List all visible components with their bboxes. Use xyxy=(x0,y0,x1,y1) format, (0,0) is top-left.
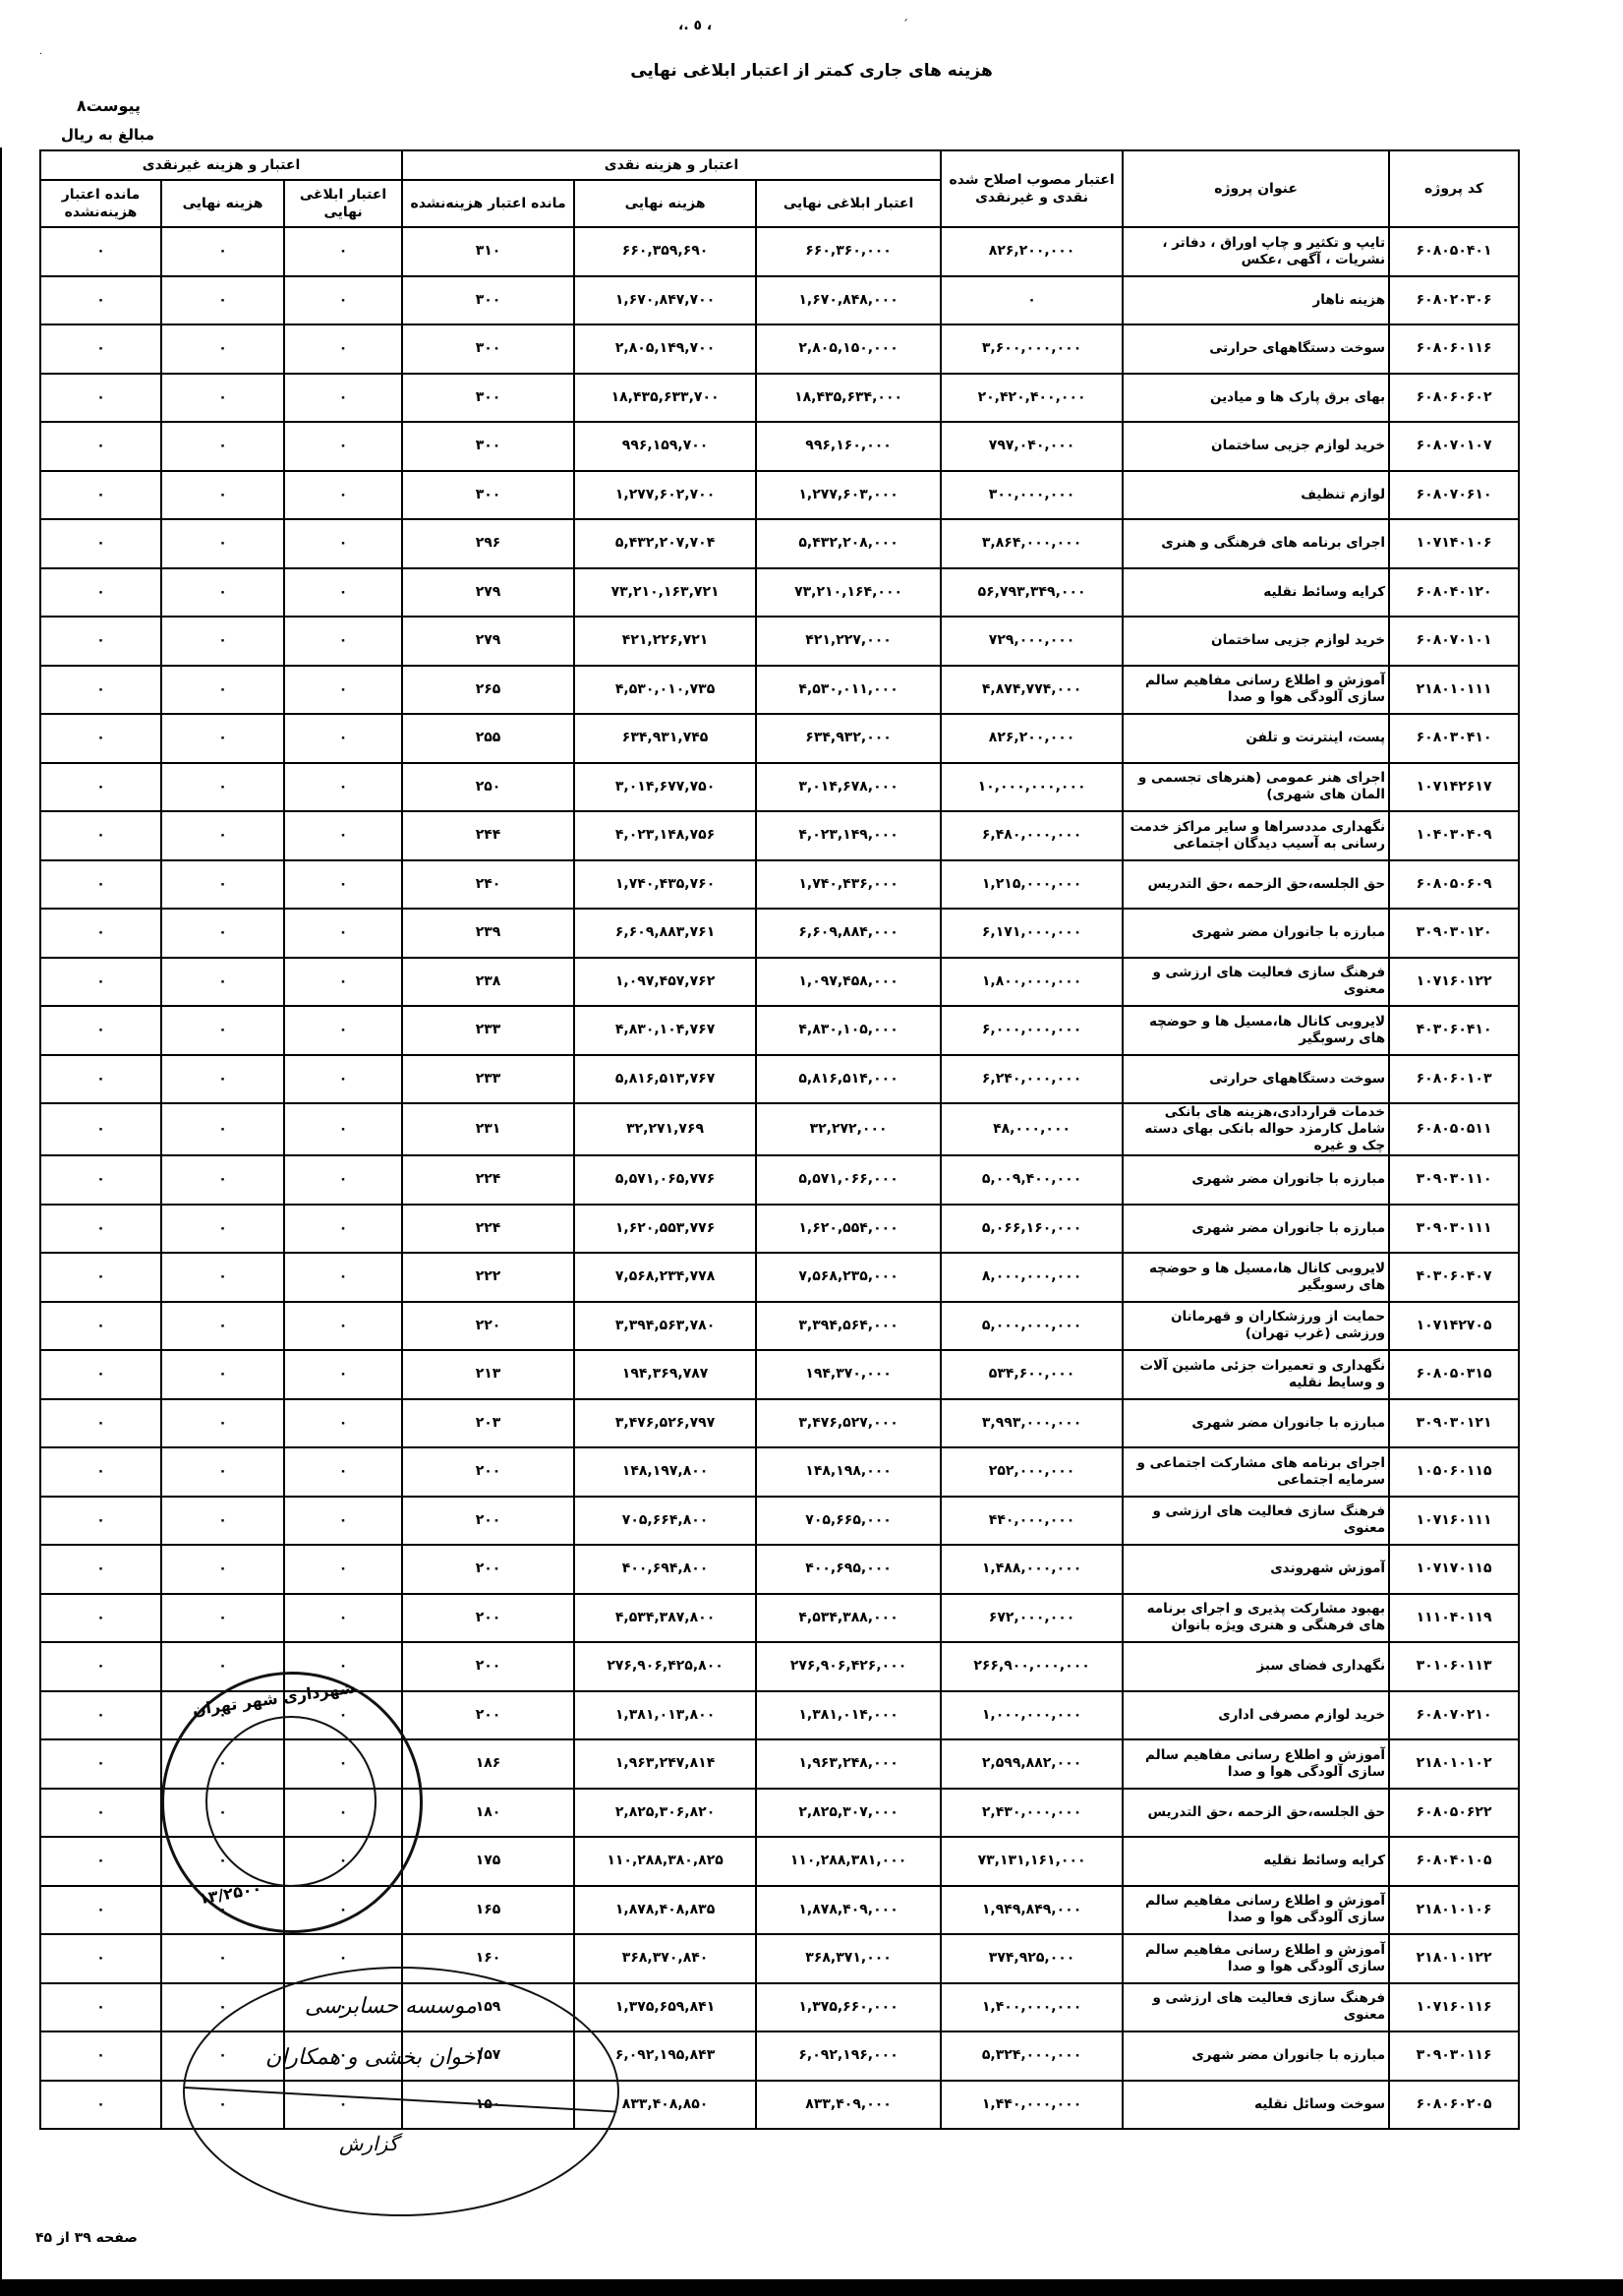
noncash-remaining-cell: ۰ xyxy=(40,1155,161,1205)
cash-final-credit-cell: ۶,۶۰۹,۸۸۴,۰۰۰ xyxy=(756,909,941,958)
project-code-cell: ۶۰۸۰۵۰۶۲۲ xyxy=(1389,1789,1519,1838)
cash-final-credit-cell: ۱,۹۶۳,۲۴۸,۰۰۰ xyxy=(756,1739,941,1789)
header-cash-group: اعتبار و هزینه نقدی xyxy=(402,150,941,180)
table-row: ۱۰۴۰۳۰۴۰۹نگهداری مددسراها و سایر مراکز خ… xyxy=(40,811,1519,860)
noncash-remaining-cell: ۰ xyxy=(40,1789,161,1838)
cash-final-credit-cell: ۲,۸۲۵,۳۰۷,۰۰۰ xyxy=(756,1789,941,1838)
cash-remaining-cell: ۲۳۳ xyxy=(402,1055,574,1104)
noncash-final-credit-cell: ۰ xyxy=(284,1302,402,1351)
project-code-cell: ۱۱۱۰۴۰۱۱۹ xyxy=(1389,1594,1519,1643)
noncash-remaining-cell: ۰ xyxy=(40,860,161,910)
cash-final-cost-cell: ۱,۶۲۰,۵۵۳,۷۷۶ xyxy=(574,1205,756,1254)
noncash-remaining-cell: ۰ xyxy=(40,1447,161,1497)
table-row: ۶۰۸۰۴۰۱۲۰کرایه وسائط نقلیه۵۶,۷۹۳,۳۴۹,۰۰۰… xyxy=(40,568,1519,618)
cash-final-credit-cell: ۶۶۰,۳۶۰,۰۰۰ xyxy=(756,227,941,276)
noncash-final-cost-cell: ۰ xyxy=(161,519,284,568)
project-title-cell: نگهداری فضای سبز xyxy=(1123,1642,1389,1691)
noncash-remaining-cell: ۰ xyxy=(40,324,161,374)
approved-credit-cell: ۳,۸۶۴,۰۰۰,۰۰۰ xyxy=(941,519,1123,568)
noncash-remaining-cell: ۰ xyxy=(40,1934,161,1983)
project-title-cell: آموزش و اطلاع رسانی مفاهیم سالم سازی آلو… xyxy=(1123,1739,1389,1789)
noncash-final-cost-cell: ۰ xyxy=(161,958,284,1007)
project-title-cell: اجرای برنامه های فرهنگی و هنری xyxy=(1123,519,1389,568)
cash-remaining-cell: ۲۴۰ xyxy=(402,860,574,910)
approved-credit-cell: ۱۰,۰۰۰,۰۰۰,۰۰۰ xyxy=(941,763,1123,812)
cash-final-cost-cell: ۶۳۴,۹۳۱,۷۴۵ xyxy=(574,714,756,763)
cash-remaining-cell: ۳۱۰ xyxy=(402,227,574,276)
project-code-cell: ۶۰۸۰۵۰۵۱۱ xyxy=(1389,1103,1519,1155)
approved-credit-cell: ۷۳,۱۳۱,۱۶۱,۰۰۰ xyxy=(941,1837,1123,1886)
cash-final-credit-cell: ۵,۵۷۱,۰۶۶,۰۰۰ xyxy=(756,1155,941,1205)
header-cash-final-credit: اعتبار ابلاغی نهایی xyxy=(756,180,941,227)
project-code-cell: ۱۰۷۱۶۰۱۱۶ xyxy=(1389,1983,1519,2032)
cash-remaining-cell: ۲۳۳ xyxy=(402,1006,574,1055)
noncash-final-cost-cell: ۰ xyxy=(161,276,284,325)
project-code-cell: ۳۰۱۰۶۰۱۱۳ xyxy=(1389,1642,1519,1691)
noncash-final-cost-cell: ۰ xyxy=(161,374,284,423)
project-code-cell: ۶۰۸۰۷۰۶۱۰ xyxy=(1389,471,1519,520)
table-row: ۱۱۱۰۴۰۱۱۹بهبود مشارکت پذیری و اجرای برنا… xyxy=(40,1594,1519,1643)
project-code-cell: ۱۰۷۱۴۲۶۱۷ xyxy=(1389,763,1519,812)
cash-final-credit-cell: ۱,۷۴۰,۴۳۶,۰۰۰ xyxy=(756,860,941,910)
signature-text-line1: موسسه حسابرسی xyxy=(305,1994,477,2019)
noncash-remaining-cell: ۰ xyxy=(40,227,161,276)
cash-remaining-cell: ۲۰۰ xyxy=(402,1545,574,1594)
noncash-final-credit-cell: ۰ xyxy=(284,1497,402,1546)
noncash-final-cost-cell: ۰ xyxy=(161,763,284,812)
cash-final-cost-cell: ۷,۵۶۸,۲۳۴,۷۷۸ xyxy=(574,1253,756,1302)
cash-final-cost-cell: ۴,۵۳۴,۳۸۷,۸۰۰ xyxy=(574,1594,756,1643)
noncash-final-cost-cell: ۰ xyxy=(161,422,284,471)
project-title-cell: فرهنگ سازی فعالیت های ارزشی و معنوی xyxy=(1123,958,1389,1007)
cash-remaining-cell: ۳۰۰ xyxy=(402,276,574,325)
cash-final-credit-cell: ۱۱۰,۲۸۸,۳۸۱,۰۰۰ xyxy=(756,1837,941,1886)
noncash-final-credit-cell: ۰ xyxy=(284,1155,402,1205)
project-title-cell: آموزش و اطلاع رسانی مفاهیم سالم سازی آلو… xyxy=(1123,666,1389,715)
approved-credit-cell: ۸,۰۰۰,۰۰۰,۰۰۰ xyxy=(941,1253,1123,1302)
cash-final-cost-cell: ۲,۸۲۵,۳۰۶,۸۲۰ xyxy=(574,1789,756,1838)
approved-credit-cell: ۱,۲۱۵,۰۰۰,۰۰۰ xyxy=(941,860,1123,910)
noncash-remaining-cell: ۰ xyxy=(40,763,161,812)
cash-final-cost-cell: ۳۲,۲۷۱,۷۶۹ xyxy=(574,1103,756,1155)
cash-final-cost-cell: ۴,۰۲۳,۱۴۸,۷۵۶ xyxy=(574,811,756,860)
noncash-remaining-cell: ۰ xyxy=(40,1103,161,1155)
noncash-remaining-cell: ۰ xyxy=(40,471,161,520)
cash-remaining-cell: ۲۱۳ xyxy=(402,1350,574,1399)
cash-remaining-cell: ۲۲۲ xyxy=(402,1253,574,1302)
cash-final-credit-cell: ۷۳,۲۱۰,۱۶۴,۰۰۰ xyxy=(756,568,941,618)
noncash-final-cost-cell: ۰ xyxy=(161,1399,284,1448)
header-noncash-final-credit: اعتبار ابلاغی نهایی xyxy=(284,180,402,227)
table-row: ۲۱۸۰۱۰۱۱۱آموزش و اطلاع رسانی مفاهیم سالم… xyxy=(40,666,1519,715)
cash-final-cost-cell: ۷۳,۲۱۰,۱۶۳,۷۲۱ xyxy=(574,568,756,618)
approved-credit-cell: ۱,۸۰۰,۰۰۰,۰۰۰ xyxy=(941,958,1123,1007)
noncash-final-cost-cell: ۰ xyxy=(161,714,284,763)
header-approved-credit: اعتبار مصوب اصلاح شده نقدی و غیرنقدی xyxy=(941,150,1123,227)
noncash-final-cost-cell: ۰ xyxy=(161,1055,284,1104)
noncash-remaining-cell: ۰ xyxy=(40,1302,161,1351)
cash-final-credit-cell: ۱۹۴,۳۷۰,۰۰۰ xyxy=(756,1350,941,1399)
noncash-remaining-cell: ۰ xyxy=(40,422,161,471)
cash-final-credit-cell: ۵,۴۳۲,۲۰۸,۰۰۰ xyxy=(756,519,941,568)
table-row: ۶۰۸۰۵۰۳۱۵نگهداری و تعمیرات جزئی ماشین آل… xyxy=(40,1350,1519,1399)
project-code-cell: ۱۰۷۱۷۰۱۱۵ xyxy=(1389,1545,1519,1594)
cash-remaining-cell: ۲۵۵ xyxy=(402,714,574,763)
project-code-cell: ۱۰۷۱۴۲۷۰۵ xyxy=(1389,1302,1519,1351)
approved-credit-cell: ۷۹۷,۰۴۰,۰۰۰ xyxy=(941,422,1123,471)
noncash-final-cost-cell: ۰ xyxy=(161,1497,284,1546)
table-row: ۳۰۹۰۳۰۱۱۰مبارزه با جانوران مضر شهری۵,۰۰۹… xyxy=(40,1155,1519,1205)
noncash-final-credit-cell: ۰ xyxy=(284,324,402,374)
cash-final-cost-cell: ۴۲۱,۲۲۶,۷۲۱ xyxy=(574,617,756,666)
noncash-final-credit-cell: ۰ xyxy=(284,276,402,325)
table-row: ۶۰۸۰۷۰۱۰۷خرید لوازم جزیی ساختمان۷۹۷,۰۴۰,… xyxy=(40,422,1519,471)
project-code-cell: ۶۰۸۰۴۰۱۰۵ xyxy=(1389,1837,1519,1886)
cash-final-credit-cell: ۱,۸۷۸,۴۰۹,۰۰۰ xyxy=(756,1886,941,1935)
cash-remaining-cell: ۱۸۰ xyxy=(402,1789,574,1838)
project-title-cell: بهای برق پارک ها و میادین xyxy=(1123,374,1389,423)
noncash-remaining-cell: ۰ xyxy=(40,2031,161,2081)
noncash-final-credit-cell: ۰ xyxy=(284,958,402,1007)
approved-credit-cell: ۶,۰۰۰,۰۰۰,۰۰۰ xyxy=(941,1006,1123,1055)
cash-remaining-cell: ۲۳۱ xyxy=(402,1103,574,1155)
noncash-final-cost-cell: ۰ xyxy=(161,811,284,860)
cash-final-credit-cell: ۱,۳۷۵,۶۶۰,۰۰۰ xyxy=(756,1983,941,2032)
cash-remaining-cell: ۲۲۰ xyxy=(402,1302,574,1351)
approved-credit-cell: ۲,۵۹۹,۸۸۲,۰۰۰ xyxy=(941,1739,1123,1789)
cash-final-credit-cell: ۲,۸۰۵,۱۵۰,۰۰۰ xyxy=(756,324,941,374)
cash-final-credit-cell: ۱,۶۲۰,۵۵۴,۰۰۰ xyxy=(756,1205,941,1254)
noncash-final-credit-cell: ۰ xyxy=(284,374,402,423)
cash-remaining-cell: ۲۶۵ xyxy=(402,666,574,715)
project-title-cell: خدمات قراردادی،هزینه های بانکی شامل کارم… xyxy=(1123,1103,1389,1155)
margin-dot: · xyxy=(39,49,42,60)
table-row: ۶۰۸۰۵۰۵۱۱خدمات قراردادی،هزینه های بانکی … xyxy=(40,1103,1519,1155)
project-title-cell: حق الجلسه،حق الزحمه ،حق التدریس xyxy=(1123,1789,1389,1838)
project-code-cell: ۱۰۷۱۶۰۱۱۱ xyxy=(1389,1497,1519,1546)
cash-remaining-cell: ۲۲۴ xyxy=(402,1205,574,1254)
project-title-cell: سوخت وسائل نقلیه xyxy=(1123,2081,1389,2130)
cash-remaining-cell: ۲۰۰ xyxy=(402,1642,574,1691)
cash-final-credit-cell: ۳,۳۹۴,۵۶۴,۰۰۰ xyxy=(756,1302,941,1351)
noncash-remaining-cell: ۰ xyxy=(40,1055,161,1104)
cash-final-credit-cell: ۴,۵۳۰,۰۱۱,۰۰۰ xyxy=(756,666,941,715)
scan-left-edge xyxy=(0,147,2,2281)
noncash-final-cost-cell: ۰ xyxy=(161,1006,284,1055)
project-code-cell: ۶۰۸۰۷۰۲۱۰ xyxy=(1389,1691,1519,1740)
noncash-final-cost-cell: ۰ xyxy=(161,1594,284,1643)
approved-credit-cell: ۳,۹۹۳,۰۰۰,۰۰۰ xyxy=(941,1399,1123,1448)
noncash-final-credit-cell: ۰ xyxy=(284,1253,402,1302)
noncash-final-credit-cell: ۰ xyxy=(284,617,402,666)
noncash-final-credit-cell: ۰ xyxy=(284,471,402,520)
header-cash-remaining: مانده اعتبار هزینه‌نشده xyxy=(402,180,574,227)
header-project-code: کد پروژه xyxy=(1389,150,1519,227)
cash-remaining-cell: ۲۳۹ xyxy=(402,909,574,958)
noncash-remaining-cell: ۰ xyxy=(40,1642,161,1691)
project-code-cell: ۱۰۵۰۶۰۱۱۵ xyxy=(1389,1447,1519,1497)
cash-remaining-cell: ۳۰۰ xyxy=(402,324,574,374)
approved-credit-cell: ۶۷۲,۰۰۰,۰۰۰ xyxy=(941,1594,1123,1643)
project-title-cell: آموزش شهروندی xyxy=(1123,1545,1389,1594)
page-top-mark: ،. ٥ ، xyxy=(678,18,712,33)
cash-final-credit-cell: ۱۴۸,۱۹۸,۰۰۰ xyxy=(756,1447,941,1497)
project-code-cell: ۱۰۷۱۴۰۱۰۶ xyxy=(1389,519,1519,568)
noncash-final-credit-cell: ۰ xyxy=(284,1103,402,1155)
noncash-final-cost-cell: ۰ xyxy=(161,860,284,910)
approved-credit-cell: ۱,۰۰۰,۰۰۰,۰۰۰ xyxy=(941,1691,1123,1740)
noncash-remaining-cell: ۰ xyxy=(40,1691,161,1740)
approved-credit-cell: ۶,۴۸۰,۰۰۰,۰۰۰ xyxy=(941,811,1123,860)
noncash-final-cost-cell: ۰ xyxy=(161,568,284,618)
noncash-final-cost-cell: ۰ xyxy=(161,1545,284,1594)
project-code-cell: ۲۱۸۰۱۰۱۰۶ xyxy=(1389,1886,1519,1935)
cash-remaining-cell: ۲۲۴ xyxy=(402,1155,574,1205)
cash-final-cost-cell: ۱۹۴,۳۶۹,۷۸۷ xyxy=(574,1350,756,1399)
noncash-remaining-cell: ۰ xyxy=(40,1886,161,1935)
project-code-cell: ۳۰۹۰۳۰۱۲۰ xyxy=(1389,909,1519,958)
noncash-remaining-cell: ۰ xyxy=(40,666,161,715)
noncash-remaining-cell: ۰ xyxy=(40,519,161,568)
noncash-remaining-cell: ۰ xyxy=(40,1545,161,1594)
noncash-remaining-cell: ۰ xyxy=(40,374,161,423)
noncash-final-credit-cell: ۰ xyxy=(284,568,402,618)
approved-credit-cell: ۸۲۶,۲۰۰,۰۰۰ xyxy=(941,714,1123,763)
approved-credit-cell: ۷۲۹,۰۰۰,۰۰۰ xyxy=(941,617,1123,666)
cash-final-cost-cell: ۱,۹۶۳,۲۴۷,۸۱۴ xyxy=(574,1739,756,1789)
project-code-cell: ۶۰۸۰۶۰۶۰۲ xyxy=(1389,374,1519,423)
approved-credit-cell: ۶,۲۴۰,۰۰۰,۰۰۰ xyxy=(941,1055,1123,1104)
approved-credit-cell: ۳,۶۰۰,۰۰۰,۰۰۰ xyxy=(941,324,1123,374)
project-title-cell: فرهنگ سازی فعالیت های ارزشی و معنوی xyxy=(1123,1983,1389,2032)
table-row: ۲۱۸۰۱۰۱۲۲آموزش و اطلاع رسانی مفاهیم سالم… xyxy=(40,1934,1519,1983)
cash-remaining-cell: ۲۰۳ xyxy=(402,1399,574,1448)
cash-remaining-cell: ۱۸۶ xyxy=(402,1739,574,1789)
project-title-cell: خرید لوازم مصرفی اداری xyxy=(1123,1691,1389,1740)
cash-final-cost-cell: ۱,۲۷۷,۶۰۲,۷۰۰ xyxy=(574,471,756,520)
approved-credit-cell: ۴۸,۰۰۰,۰۰۰ xyxy=(941,1103,1123,1155)
project-code-cell: ۶۰۸۰۳۰۴۱۰ xyxy=(1389,714,1519,763)
project-title-cell: تایپ و تکثیر و چاپ اوراق ، دفاتر ، نشریا… xyxy=(1123,227,1389,276)
annex-label: پیوست۸ xyxy=(77,96,141,115)
project-code-cell: ۳۰۹۰۳۰۱۱۶ xyxy=(1389,2031,1519,2081)
signature-text-line3: گزارش xyxy=(339,2132,398,2155)
noncash-final-cost-cell: ۰ xyxy=(161,1934,284,1983)
cash-final-cost-cell: ۳۶۸,۳۷۰,۸۴۰ xyxy=(574,1934,756,1983)
project-code-cell: ۱۰۷۱۶۰۱۲۲ xyxy=(1389,958,1519,1007)
noncash-remaining-cell: ۰ xyxy=(40,1594,161,1643)
project-title-cell: کرایه وسائط نقلیه xyxy=(1123,1837,1389,1886)
noncash-remaining-cell: ۰ xyxy=(40,1253,161,1302)
cash-final-credit-cell: ۱,۶۷۰,۸۴۸,۰۰۰ xyxy=(756,276,941,325)
noncash-remaining-cell: ۰ xyxy=(40,1739,161,1789)
project-title-cell: اجرای برنامه های مشارکت اجتماعی و سرمایه… xyxy=(1123,1447,1389,1497)
project-title-cell: آموزش و اطلاع رسانی مفاهیم سالم سازی آلو… xyxy=(1123,1934,1389,1983)
noncash-final-credit-cell: ۰ xyxy=(284,1055,402,1104)
noncash-final-credit-cell: ۰ xyxy=(284,714,402,763)
noncash-final-credit-cell: ۰ xyxy=(284,1594,402,1643)
approved-credit-cell: ۲,۴۳۰,۰۰۰,۰۰۰ xyxy=(941,1789,1123,1838)
noncash-final-credit-cell: ۰ xyxy=(284,1447,402,1497)
cash-final-credit-cell: ۲۷۶,۹۰۶,۴۲۶,۰۰۰ xyxy=(756,1642,941,1691)
cash-remaining-cell: ۲۴۴ xyxy=(402,811,574,860)
noncash-remaining-cell: ۰ xyxy=(40,1983,161,2032)
approved-credit-cell: ۱,۴۰۰,۰۰۰,۰۰۰ xyxy=(941,1983,1123,2032)
noncash-final-credit-cell: ۰ xyxy=(284,1399,402,1448)
table-row: ۳۰۹۰۳۰۱۲۰مبارزه با جانوران مضر شهری۶,۱۷۱… xyxy=(40,909,1519,958)
approved-credit-cell: ۴,۸۷۴,۷۷۴,۰۰۰ xyxy=(941,666,1123,715)
page-top-dot: ˊ xyxy=(902,18,908,31)
cash-final-credit-cell: ۸۳۳,۴۰۹,۰۰۰ xyxy=(756,2081,941,2130)
table-row: ۶۰۸۰۷۰۶۱۰لوازم تنظیف۳۰۰,۰۰۰,۰۰۰۱,۲۷۷,۶۰۳… xyxy=(40,471,1519,520)
approved-credit-cell: ۲۵۲,۰۰۰,۰۰۰ xyxy=(941,1447,1123,1497)
noncash-remaining-cell: ۰ xyxy=(40,1399,161,1448)
noncash-final-credit-cell: ۰ xyxy=(284,227,402,276)
cash-final-cost-cell: ۶۶۰,۳۵۹,۶۹۰ xyxy=(574,227,756,276)
signature-text-line2: اخوان بخشی و همکاران xyxy=(265,2045,481,2070)
project-code-cell: ۶۰۸۰۷۰۱۰۷ xyxy=(1389,422,1519,471)
noncash-final-cost-cell: ۰ xyxy=(161,1253,284,1302)
project-title-cell: کرایه وسائط نقلیه xyxy=(1123,568,1389,618)
cash-final-cost-cell: ۱,۸۷۸,۴۰۸,۸۳۵ xyxy=(574,1886,756,1935)
table-row: ۱۰۷۱۴۰۱۰۶اجرای برنامه های فرهنگی و هنری۳… xyxy=(40,519,1519,568)
cash-final-credit-cell: ۱,۲۷۷,۶۰۳,۰۰۰ xyxy=(756,471,941,520)
noncash-remaining-cell: ۰ xyxy=(40,568,161,618)
project-title-cell: مبارزه با جانوران مضر شهری xyxy=(1123,1205,1389,1254)
noncash-final-cost-cell: ۰ xyxy=(161,1205,284,1254)
project-title-cell: مبارزه با جانوران مضر شهری xyxy=(1123,1399,1389,1448)
noncash-final-cost-cell: ۰ xyxy=(161,1103,284,1155)
project-code-cell: ۶۰۸۰۵۰۶۰۹ xyxy=(1389,860,1519,910)
project-code-cell: ۴۰۳۰۶۰۴۰۷ xyxy=(1389,1253,1519,1302)
cash-remaining-cell: ۲۹۶ xyxy=(402,519,574,568)
noncash-final-credit-cell: ۰ xyxy=(284,666,402,715)
noncash-final-cost-cell: ۰ xyxy=(161,1155,284,1205)
noncash-final-credit-cell: ۰ xyxy=(284,1545,402,1594)
project-title-cell: نگهداری و تعمیرات جزئی ماشین آلات و وسای… xyxy=(1123,1350,1389,1399)
project-title-cell: نگهداری مددسراها و سایر مراکز خدمت رسانی… xyxy=(1123,811,1389,860)
noncash-final-credit-cell: ۰ xyxy=(284,909,402,958)
noncash-final-credit-cell: ۰ xyxy=(284,1350,402,1399)
cash-final-cost-cell: ۴,۵۳۰,۰۱۰,۷۳۵ xyxy=(574,666,756,715)
noncash-final-cost-cell: ۰ xyxy=(161,909,284,958)
cash-remaining-cell: ۱۶۵ xyxy=(402,1886,574,1935)
approved-credit-cell: ۸۲۶,۲۰۰,۰۰۰ xyxy=(941,227,1123,276)
project-title-cell: مبارزه با جانوران مضر شهری xyxy=(1123,1155,1389,1205)
noncash-remaining-cell: ۰ xyxy=(40,2081,161,2130)
header-cash-final-cost: هزینه نهایی xyxy=(574,180,756,227)
page-number: صفحه ۳۹ از ۴۵ xyxy=(35,2230,138,2246)
approved-credit-cell: ۴۴۰,۰۰۰,۰۰۰ xyxy=(941,1497,1123,1546)
project-title-cell: هزینه ناهار xyxy=(1123,276,1389,325)
approved-credit-cell: ۱,۴۸۸,۰۰۰,۰۰۰ xyxy=(941,1545,1123,1594)
noncash-final-credit-cell: ۰ xyxy=(284,763,402,812)
cash-final-credit-cell: ۴۲۱,۲۲۷,۰۰۰ xyxy=(756,617,941,666)
project-code-cell: ۱۰۴۰۳۰۴۰۹ xyxy=(1389,811,1519,860)
project-code-cell: ۳۰۹۰۳۰۱۱۰ xyxy=(1389,1155,1519,1205)
noncash-final-cost-cell: ۰ xyxy=(161,1302,284,1351)
project-title-cell: اجرای هنر عمومی (هنرهای تجسمی و المان ها… xyxy=(1123,763,1389,812)
noncash-final-credit-cell: ۰ xyxy=(284,860,402,910)
noncash-final-cost-cell: ۰ xyxy=(161,617,284,666)
noncash-remaining-cell: ۰ xyxy=(40,1006,161,1055)
cash-remaining-cell: ۲۵۰ xyxy=(402,763,574,812)
cash-final-cost-cell: ۳,۳۹۴,۵۶۳,۷۸۰ xyxy=(574,1302,756,1351)
cash-final-credit-cell: ۶,۰۹۲,۱۹۶,۰۰۰ xyxy=(756,2031,941,2081)
project-title-cell: فرهنگ سازی فعالیت های ارزشی و معنوی xyxy=(1123,1497,1389,1546)
project-title-cell: آموزش و اطلاع رسانی مفاهیم سالم سازی آلو… xyxy=(1123,1886,1389,1935)
noncash-remaining-cell: ۰ xyxy=(40,1497,161,1546)
cash-final-cost-cell: ۴,۸۳۰,۱۰۴,۷۶۷ xyxy=(574,1006,756,1055)
cash-remaining-cell: ۲۰۰ xyxy=(402,1497,574,1546)
project-code-cell: ۳۰۹۰۳۰۱۲۱ xyxy=(1389,1399,1519,1448)
cash-remaining-cell: ۲۰۰ xyxy=(402,1594,574,1643)
cash-final-cost-cell: ۱,۷۴۰,۴۳۵,۷۶۰ xyxy=(574,860,756,910)
cash-final-cost-cell: ۱,۰۹۷,۴۵۷,۷۶۲ xyxy=(574,958,756,1007)
approved-credit-cell: ۲۰,۴۲۰,۴۰۰,۰۰۰ xyxy=(941,374,1123,423)
header-noncash-remaining: مانده اعتبار هزینه‌نشده xyxy=(40,180,161,227)
cash-final-cost-cell: ۴۰۰,۶۹۴,۸۰۰ xyxy=(574,1545,756,1594)
project-code-cell: ۴۰۳۰۶۰۴۱۰ xyxy=(1389,1006,1519,1055)
project-title-cell: لوازم تنظیف xyxy=(1123,471,1389,520)
project-title-cell: سوخت دستگاههای حرارتی xyxy=(1123,1055,1389,1104)
cash-final-cost-cell: ۵,۵۷۱,۰۶۵,۷۷۶ xyxy=(574,1155,756,1205)
cash-final-cost-cell: ۲۷۶,۹۰۶,۴۲۵,۸۰۰ xyxy=(574,1642,756,1691)
cash-final-cost-cell: ۹۹۶,۱۵۹,۷۰۰ xyxy=(574,422,756,471)
project-title-cell: خرید لوازم جزیی ساختمان xyxy=(1123,422,1389,471)
header-noncash-group: اعتبار و هزینه غیرنقدی xyxy=(40,150,402,180)
table-row: ۶۰۸۰۷۰۱۰۱خرید لوازم جزیی ساختمان۷۲۹,۰۰۰,… xyxy=(40,617,1519,666)
noncash-final-cost-cell: ۰ xyxy=(161,1447,284,1497)
cash-remaining-cell: ۲۷۹ xyxy=(402,617,574,666)
approved-credit-cell: ۵,۰۶۶,۱۶۰,۰۰۰ xyxy=(941,1205,1123,1254)
project-code-cell: ۲۱۸۰۱۰۱۰۲ xyxy=(1389,1739,1519,1789)
cash-final-credit-cell: ۴,۵۳۴,۳۸۸,۰۰۰ xyxy=(756,1594,941,1643)
noncash-remaining-cell: ۰ xyxy=(40,811,161,860)
header-noncash-final-cost: هزینه نهایی xyxy=(161,180,284,227)
cash-final-credit-cell: ۴,۸۳۰,۱۰۵,۰۰۰ xyxy=(756,1006,941,1055)
table-row: ۶۰۸۰۵۰۴۰۱تایپ و تکثیر و چاپ اوراق ، دفات… xyxy=(40,227,1519,276)
noncash-final-cost-cell: ۰ xyxy=(161,324,284,374)
table-row: ۶۰۸۰۵۰۶۰۹حق الجلسه،حق الزحمه ،حق التدریس… xyxy=(40,860,1519,910)
approved-credit-cell: ۱,۹۴۹,۸۴۹,۰۰۰ xyxy=(941,1886,1123,1935)
project-code-cell: ۶۰۸۰۴۰۱۲۰ xyxy=(1389,568,1519,618)
table-row: ۱۰۷۱۷۰۱۱۵آموزش شهروندی۱,۴۸۸,۰۰۰,۰۰۰۴۰۰,۶… xyxy=(40,1545,1519,1594)
cash-final-credit-cell: ۷,۵۶۸,۲۳۵,۰۰۰ xyxy=(756,1253,941,1302)
noncash-remaining-cell: ۰ xyxy=(40,1837,161,1886)
noncash-remaining-cell: ۰ xyxy=(40,714,161,763)
project-code-cell: ۶۰۸۰۶۰۱۱۶ xyxy=(1389,324,1519,374)
project-title-cell: بهبود مشارکت پذیری و اجرای برنامه های فر… xyxy=(1123,1594,1389,1643)
noncash-final-cost-cell: ۰ xyxy=(161,471,284,520)
project-title-cell: حمایت از ورزشکاران و قهرمانان ورزشی (غرب… xyxy=(1123,1302,1389,1351)
table-row: ۶۰۸۰۶۰۱۰۳سوخت دستگاههای حرارتی۶,۲۴۰,۰۰۰,… xyxy=(40,1055,1519,1104)
project-code-cell: ۲۱۸۰۱۰۱۱۱ xyxy=(1389,666,1519,715)
scan-bottom-edge xyxy=(0,2279,1623,2296)
cash-final-cost-cell: ۱۸,۴۳۵,۶۳۳,۷۰۰ xyxy=(574,374,756,423)
cash-final-credit-cell: ۱۸,۴۳۵,۶۳۴,۰۰۰ xyxy=(756,374,941,423)
cash-final-credit-cell: ۷۰۵,۶۶۵,۰۰۰ xyxy=(756,1497,941,1546)
cash-final-credit-cell: ۱,۳۸۱,۰۱۴,۰۰۰ xyxy=(756,1691,941,1740)
cash-final-cost-cell: ۱۱۰,۲۸۸,۳۸۰,۸۲۵ xyxy=(574,1837,756,1886)
approved-credit-cell: ۶,۱۷۱,۰۰۰,۰۰۰ xyxy=(941,909,1123,958)
cash-final-credit-cell: ۴۰۰,۶۹۵,۰۰۰ xyxy=(756,1545,941,1594)
table-row: ۴۰۳۰۶۰۴۰۷لایروبی کانال ها،مسیل ها و حوضچ… xyxy=(40,1253,1519,1302)
table-row: ۱۰۵۰۶۰۱۱۵اجرای برنامه های مشارکت اجتماعی… xyxy=(40,1447,1519,1497)
project-code-cell: ۳۰۹۰۳۰۱۱۱ xyxy=(1389,1205,1519,1254)
project-title-cell: مبارزه با جانوران مضر شهری xyxy=(1123,909,1389,958)
noncash-final-cost-cell: ۰ xyxy=(161,227,284,276)
